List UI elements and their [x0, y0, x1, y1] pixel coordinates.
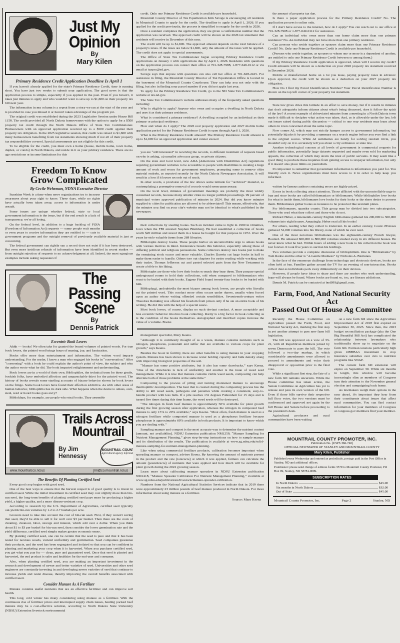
body-paragraph: Who is eligible to apply? Anyone who own… [136, 107, 264, 115]
body-paragraph: Savage says that anyone with questions c… [136, 72, 264, 89]
body-paragraph: Mobile or manufactured home on a lot you… [268, 73, 396, 85]
mountrail-county-map-outline: MOUNTRAIL COUNTY Agricultural agency inf… [100, 439, 133, 466]
masthead-footer-left: Mountrail County Promoter, Inc. [274, 499, 320, 503]
body-paragraph: How and when do I apply? The 2026 real p… [136, 125, 264, 133]
column-title-line2: Opinion [69, 35, 120, 50]
trails-website: www.mountrail.co.nd.us [10, 469, 45, 473]
trails-continued-mid: management specialist, Mary Keena.“Altho… [136, 334, 264, 496]
subscription-rate-row: In North Dakota$45.00 [276, 482, 388, 486]
freedom-continued-right: State law gives cities this latitude in … [268, 104, 396, 180]
body-paragraph: Like when using commercial fertilizer pr… [136, 449, 264, 470]
by-word: By [91, 317, 99, 324]
rate-label: Six months in North Dakota [276, 486, 313, 490]
farm-food-headline: Farm, Food, And National Security Act Pa… [268, 290, 396, 314]
author-name: Mary Kilen [77, 58, 112, 66]
body-paragraph: The original credit was established duri… [5, 115, 133, 144]
body-paragraph: Composting is the process of piling and … [136, 381, 264, 402]
body-paragraph: Bibliokleps, for example, are people who… [5, 396, 133, 400]
body-paragraph: What is considered a primary residence? … [136, 116, 264, 124]
body-paragraph: credit. Only one Primary Residence Credi… [136, 12, 264, 16]
newspaper-page: { "just_my_opinion": { "title_line1": "J… [0, 0, 400, 643]
body-paragraph: Manure contains useful nutrients that ar… [5, 588, 133, 596]
body-paragraph: Growers need to take into account the co… [5, 513, 133, 534]
body-paragraph: on a new farm bill since the Agriculture… [334, 317, 396, 363]
body-paragraph: (Persons who reside together, as spouses… [268, 52, 396, 60]
body-paragraph: “Manure has some positive attributes, bu… [136, 364, 264, 381]
farm-food-col-b: on a new farm bill since the Agriculture… [334, 317, 396, 423]
county-caption: Agricultural agency information [101, 453, 133, 456]
body-paragraph: The bill was approved on a vote of 33-21… [268, 339, 330, 372]
jmo-article-body: If you haven't already applied for the s… [5, 85, 133, 157]
mary-kilen-photo [10, 17, 57, 71]
body-paragraph: How Do I find my Parcel Identification N… [268, 86, 396, 94]
section-divider [137, 329, 263, 330]
trails-subhead-2: Consider Manure As A Fertilizer [5, 582, 133, 587]
body-paragraph: Books offer more than entertainment and … [5, 354, 133, 371]
dotted-leader [315, 488, 378, 489]
source-credit: Source: Mary Keena [136, 498, 264, 502]
body-paragraph: To be eligible for the credit, you must … [5, 144, 133, 156]
body-paragraph: Richard Heber, a nineteenth-century Engl… [268, 216, 396, 224]
freedom-headline: Freedom To Know Grow Complicated [5, 166, 133, 185]
masthead-footer-center: Page 2 [342, 499, 351, 503]
passing-subhead: Eccentric Book Lovers [5, 340, 133, 345]
masthead-footer-right: Stanley, ND [373, 499, 390, 503]
cecile-wehrman-photo [103, 194, 133, 230]
dotted-leader [293, 492, 377, 493]
body-paragraph: Numbers from the National Agricultural S… [136, 483, 264, 495]
subscription-rate-row: Six months in North Dakota$32.00 [276, 486, 388, 490]
body-paragraph: Bibliophagi, undoubtedly the most bizarr… [136, 287, 264, 308]
column-title: The Passing Scene [61, 272, 129, 317]
farm-food-body: Recently the House Committee on Agricult… [268, 317, 396, 423]
rate-price: $45.00 [379, 482, 388, 486]
masthead-published-line: Published every Wednesday and entered as… [274, 457, 390, 465]
body-paragraph: For others, reading what they collect is… [268, 224, 396, 232]
farm-food-headline-line1: Farm, Food, And National Security Act [268, 290, 396, 306]
freedom-continued-mid: you are “still interested” in receiving … [136, 151, 264, 215]
just-my-opinion-title-block: Just My Opinion By Mary Kilen [61, 17, 129, 71]
body-paragraph: Book lovers are in a world of their own.… [5, 371, 133, 396]
body-paragraph: Agricultural producers and rural communi… [268, 414, 330, 422]
just-my-opinion-header: Just My Opinion By Mary Kilen [5, 12, 133, 75]
body-paragraph: “The nitrogen in fresh beef manure is ap… [136, 402, 264, 427]
body-paragraph: On the local level, minutes of governmen… [136, 189, 264, 214]
masthead-box: MOUNTRAIL COUNTY PROMOTER, INC. Publicat… [268, 432, 396, 506]
trails-article-body-1: Every good crop begins with good seed.On… [5, 483, 133, 581]
body-paragraph: Dennis M. Patrick can be contacted at bn… [268, 281, 396, 285]
body-paragraph: Another technological concern at all lev… [268, 146, 396, 167]
column-title: Trails Across Mountrail [62, 412, 133, 438]
passing-scene-header: The Passing Scene By Dennis Patrick [5, 270, 133, 337]
freedom-headline-line2: Grow Complicated [5, 176, 133, 186]
column-title-line1: The Passing [61, 272, 129, 302]
body-paragraph: One of the best ways to ensure that the … [5, 487, 133, 504]
freedom-byline: By Cecile Wehrman, NDNA Executive Direct… [5, 186, 133, 191]
author-name: Dennis Patrick [70, 324, 119, 332]
body-paragraph: If my Primary Residence Credit applicati… [268, 61, 396, 73]
body-paragraph: Also, when planting certified seed, you … [5, 560, 133, 581]
body-paragraph: Besides the boost in fertility, there ar… [136, 351, 264, 363]
body-paragraph: their collections by stealing books. Suc… [136, 223, 264, 240]
body-paragraph: On the state and local level, new ADA (A… [136, 160, 264, 181]
trails-header-top: Trails Across Mountrail By Jim Hennessy … [6, 410, 132, 467]
body-paragraph: The federal government can rightly say a… [5, 244, 133, 261]
column-title-line2: Mountrail [62, 425, 133, 438]
right-column: the amount of property tax due.Is there … [268, 12, 396, 643]
passing-continued-right: written by famous authors containing err… [268, 185, 396, 285]
body-paragraph: One of the most notorious bibliomanes wa… [268, 233, 396, 250]
body-paragraph: According to research by the U.S. Depart… [5, 505, 133, 513]
farm-food-col-a: Recently the House Committee on Agricult… [268, 317, 330, 423]
column-title: Just My Opinion [69, 20, 120, 50]
body-paragraph: By planting certified seed, one can be c… [5, 535, 133, 560]
body-paragraph: The credit will be up to $1,600. The app… [136, 42, 264, 54]
rate-price: $45.00 [379, 490, 388, 494]
body-paragraph: Two volumes provide a complete discussio… [268, 250, 396, 258]
body-paragraph: The Office of State Tax Commissioner beg… [136, 55, 264, 72]
jmo-continued-mid: credit. Only one Primary Residence Credi… [136, 12, 264, 142]
body-paragraph: In other words, a provision of the law a… [136, 181, 264, 189]
body-paragraph: Errors in book collecting attract attent… [268, 190, 396, 207]
body-paragraph: Once a resident completes the applicatio… [136, 30, 264, 42]
jmo-article-headline: Primary Residence Credit Application Dea… [5, 79, 133, 84]
farm-food-headline-line2: Passed Out Of House Ag Committee [268, 306, 396, 314]
body-paragraph: Can an individual who owns more than one… [268, 34, 396, 42]
section-divider [269, 99, 395, 100]
body-paragraph: Recently the House Committee on Agricult… [268, 317, 330, 338]
by-word: By [91, 51, 99, 58]
page-edge-artifact-left [2, 8, 3, 104]
subscription-rate-row: Out of State$45.00 [276, 490, 388, 494]
trails-article-body-2: Manure contains useful nutrients that ar… [5, 588, 133, 613]
body-paragraph: Sampling manure and compost is the most … [136, 428, 264, 449]
body-paragraph: If I don't have access to the internet, … [268, 25, 396, 33]
trails-title-block: Trails Across Mountrail By Jim Hennessy … [59, 414, 134, 466]
masthead-footer: Mountrail County Promoter, Inc. Page 2 S… [273, 496, 391, 503]
body-paragraph: It's important to remember that governme… [268, 167, 396, 179]
passing-article-body: Ahhh — books! We often take for granted … [5, 345, 133, 400]
masthead-postmaster-line: Postmaster: please send change of addres… [274, 466, 390, 474]
body-paragraph: For bibliomanes, quantity counts. This g… [268, 207, 396, 215]
dotted-leader [299, 484, 377, 485]
page-edge-artifact-right [398, 6, 399, 156]
body-paragraph: the amount of property tax due. [268, 12, 396, 16]
dennis-patrick-photo [10, 274, 57, 331]
body-paragraph: written by famous authors containing err… [268, 185, 396, 189]
body-paragraph: While a significant first step, the fate… [268, 372, 330, 413]
rate-price: $32.00 [379, 486, 388, 490]
body-paragraph: The current farm bill extension will exp… [334, 363, 396, 388]
body-paragraph: In the face of the enormous challenge fr… [268, 259, 396, 271]
body-paragraph: Most book lovers, of course, display no … [136, 308, 264, 325]
body-paragraph: Is there a paper application process for… [268, 17, 396, 25]
body-paragraph: This long, cold winter has many consider… [5, 596, 133, 613]
section-divider [137, 146, 263, 147]
masthead-official-line: OFFICIAL NEWSPAPER OF STANLEY AND MOUNTR… [273, 445, 391, 449]
jmo-continued-right: the amount of property tax due.Is there … [268, 12, 396, 95]
masthead-rates-bar: SUBSCRIPTION RATES [286, 475, 378, 480]
trails-email: jim@co.mountrail.nd.us [94, 469, 129, 473]
subscription-rates: In North Dakota$45.00Six months in North… [276, 482, 388, 494]
column-title-line2: Scene [61, 301, 129, 316]
body-paragraph: you are “still interested” in receiving … [136, 151, 264, 159]
body-paragraph: Ahhh — books! We often take for granted … [5, 345, 133, 353]
freedom-article: Freedom To Know Grow Complicated By Ceci… [5, 166, 133, 261]
rate-label: In North Dakota [276, 482, 298, 486]
body-paragraph: Now comes AI, which may not strictly ham… [268, 129, 396, 146]
body-paragraph: State law gives cities this latitude in … [268, 104, 396, 129]
body-paragraph: To apply for the Primary Residence Tax C… [136, 90, 264, 98]
body-paragraph: Bibliotaphs are those who love their boo… [136, 270, 264, 287]
masthead-publisher-bar: Mary Kilen, Publisher [286, 450, 378, 455]
left-column: Just My Opinion By Mary Kilen Primary Re… [5, 12, 133, 643]
body-paragraph: The information in my column is a repeat… [5, 106, 133, 114]
section-divider [6, 161, 132, 162]
author-name: By Jim Hennessy [59, 445, 98, 459]
section-divider [6, 265, 132, 266]
trails-header: Trails Across Mountrail By Jim Hennessy … [5, 409, 133, 474]
body-paragraph: What is the Primary Residence Credit amo… [136, 133, 264, 141]
trails-by-row: By Jim Hennessy MOUNTRAIL COUNTY Agricul… [59, 439, 134, 466]
body-paragraph: management specialist, Mary Keena. [136, 334, 264, 338]
body-paragraph: As lawmakers weigh their options in the … [334, 389, 396, 414]
passing-scene-title-block: The Passing Scene By Dennis Patrick [61, 274, 129, 332]
body-paragraph: However, if people have ideas to share a… [268, 272, 396, 280]
middle-column: credit. Only one Primary Residence Credi… [136, 12, 264, 643]
body-paragraph: Bibliotaphs destroy books. These people … [136, 240, 264, 269]
body-paragraph: Learn more about calibrating manure spre… [136, 470, 264, 482]
section-divider [6, 404, 132, 405]
body-paragraph: Can persons who reside together as spous… [268, 43, 396, 51]
section-divider [137, 218, 263, 219]
body-paragraph: Every good crop begins with good seed. [5, 483, 133, 487]
rate-label: Out of State [276, 490, 292, 494]
body-paragraph: The State Tax Commissioner's website add… [136, 98, 264, 106]
trails-contact-strip: www.mountrail.co.nd.us jim@co.mountrail.… [6, 467, 132, 473]
body-paragraph: Mountrail County Director of Tax Equaliz… [136, 17, 264, 29]
trails-subhead-1: The Benefits Of Planting Certified Seed [5, 477, 133, 482]
body-paragraph: If you haven't already applied for the s… [5, 85, 133, 106]
body-paragraph: “Although it is commonly thought of as a… [136, 338, 264, 350]
passing-continued-mid: their collections by stealing books. Suc… [136, 223, 264, 324]
jim-hennessy-photo [10, 414, 55, 465]
